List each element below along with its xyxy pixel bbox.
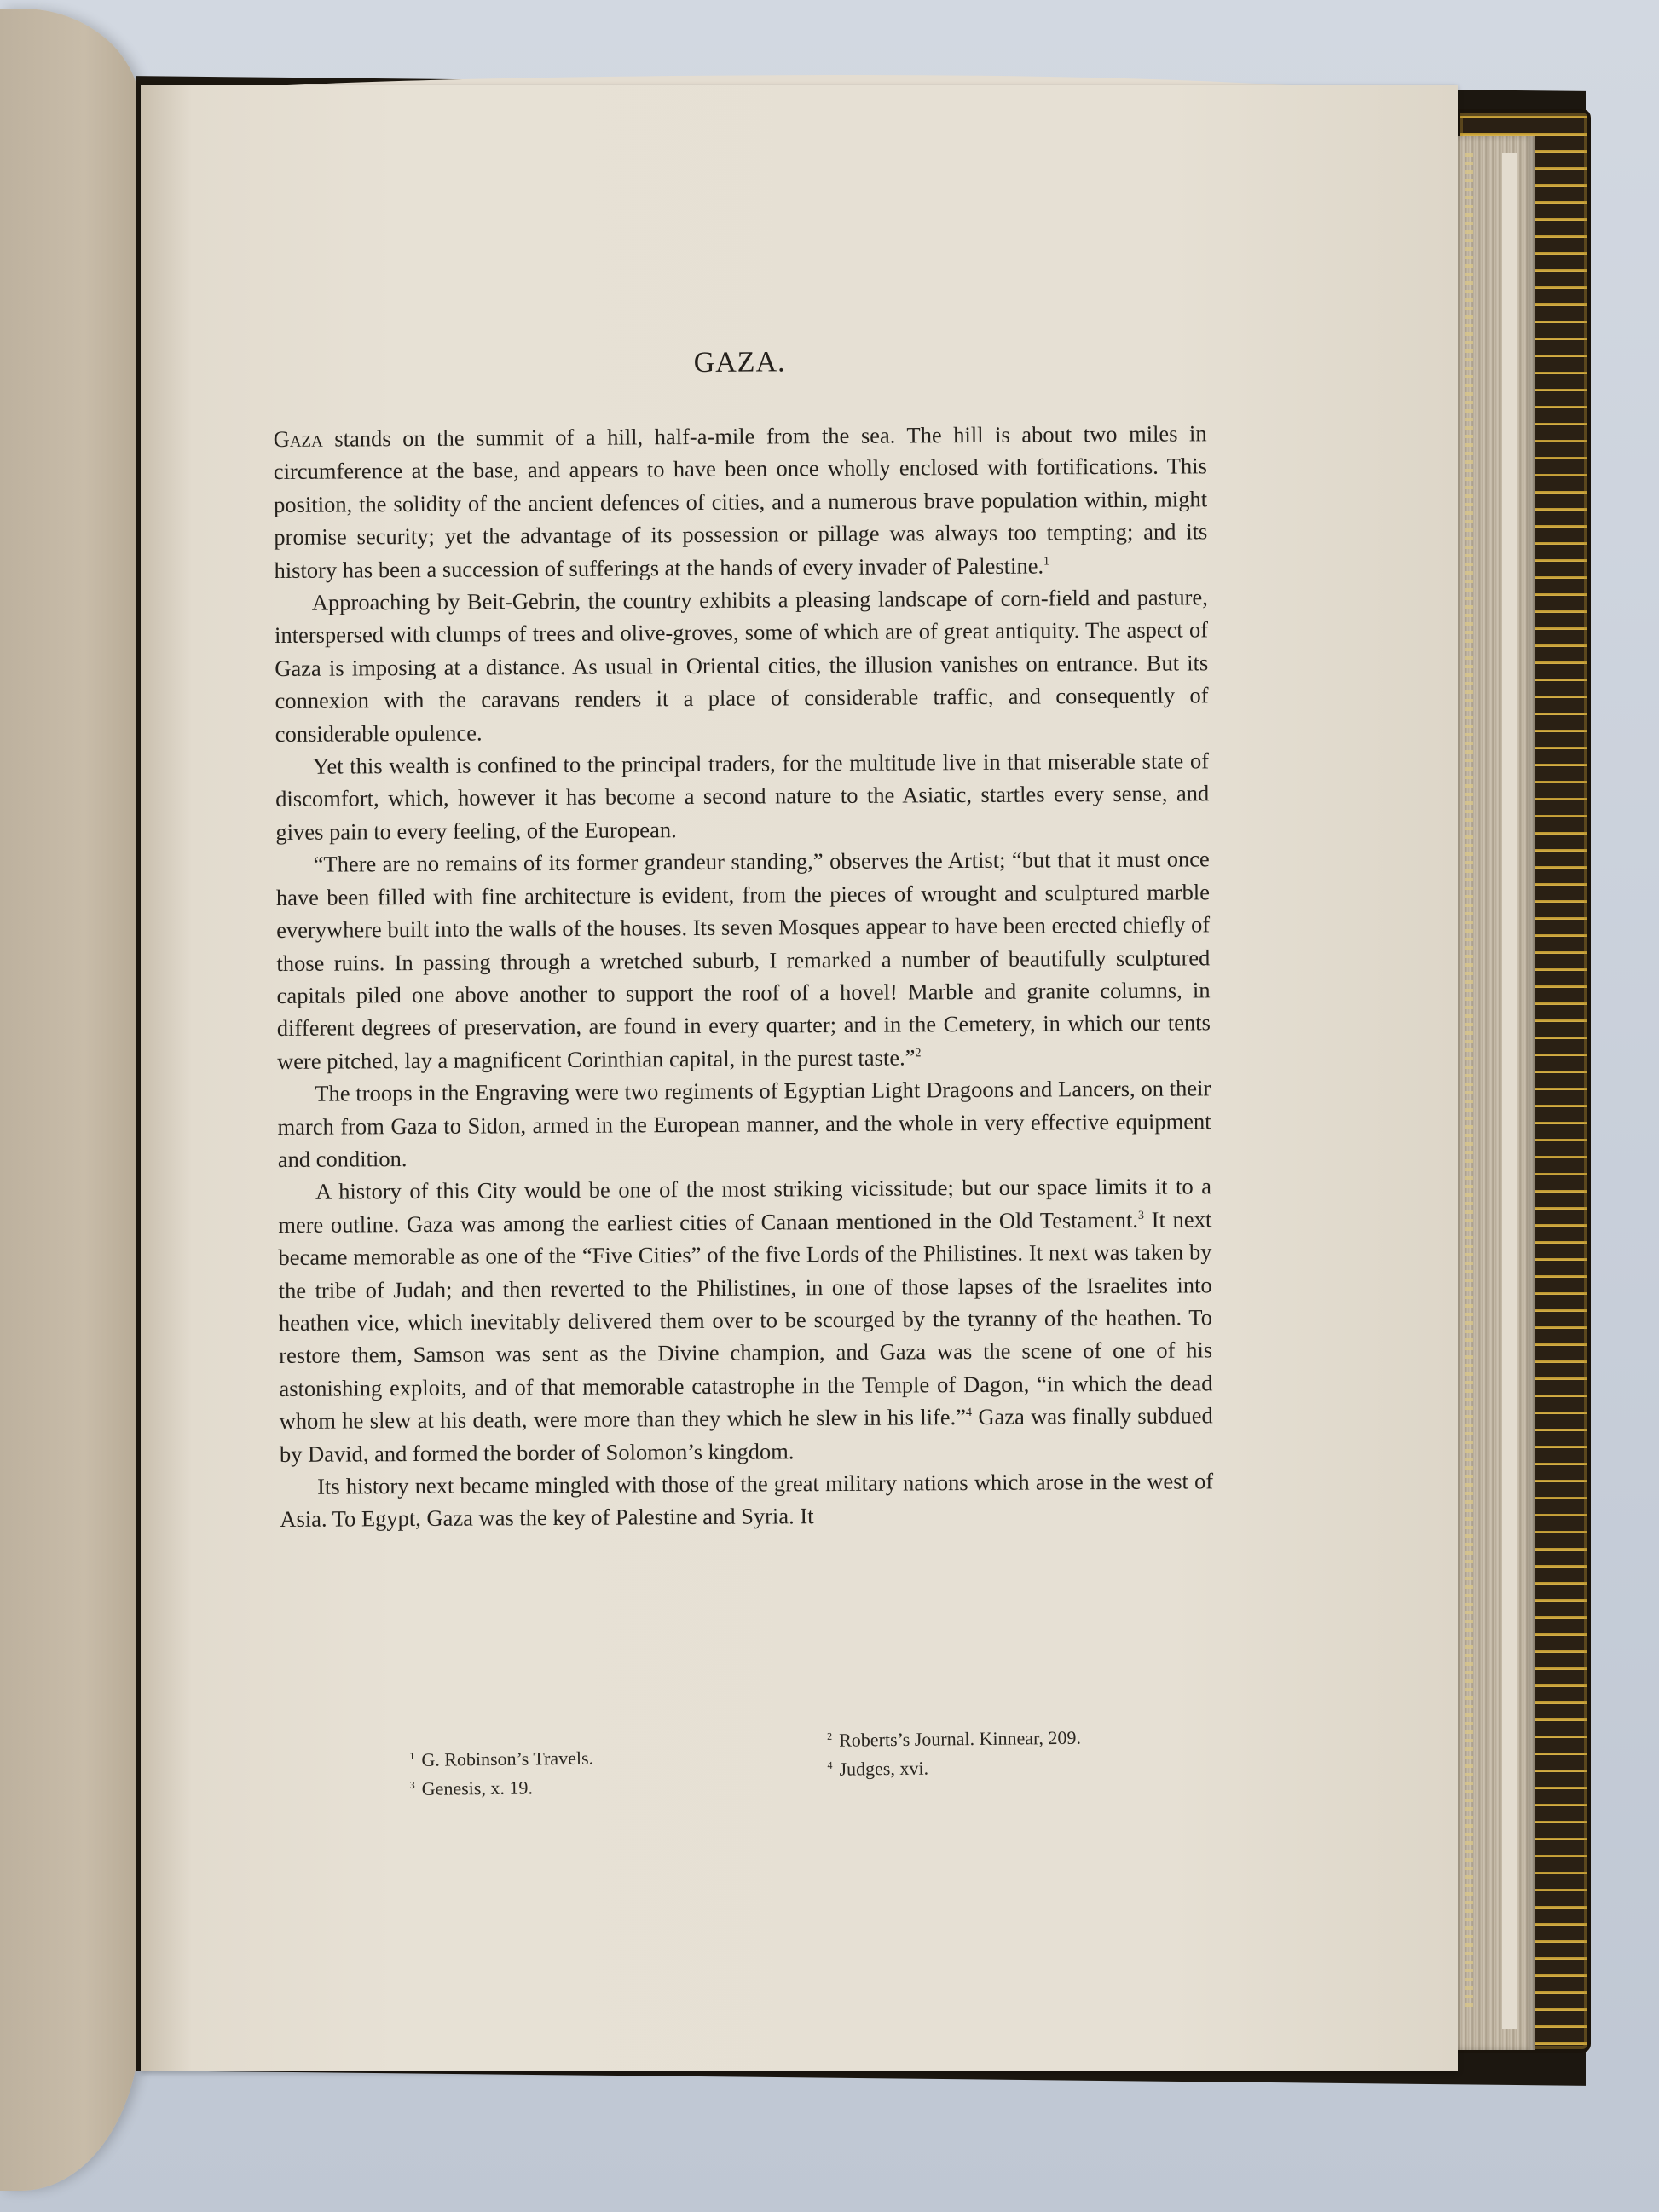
footnote-3: 3Genesis, x. 19. [410, 1773, 594, 1804]
paragraph-3: Yet this wealth is confined to the princ… [275, 744, 1210, 848]
footnote-ref-2[interactable]: 2 [915, 1047, 921, 1060]
paragraph-text: Yet this wealth is confined to the princ… [275, 748, 1209, 844]
footnote-ref-1[interactable]: 1 [1043, 555, 1049, 568]
footnote-number: 4 [827, 1759, 832, 1771]
paragraph-text: Approaching by Beit-Gebrin, the country … [275, 584, 1209, 746]
footnotes-left-column: 1G. Robinson’s Travels. 3Genesis, x. 19. [409, 1744, 593, 1804]
lead-word: Gaza [274, 426, 323, 452]
paragraph-text: “There are no remains of its former gran… [276, 846, 1211, 1074]
footnote-1: 1G. Robinson’s Travels. [409, 1744, 593, 1775]
paragraph-4-artist-quote: “There are no remains of its former gran… [276, 843, 1211, 1078]
paragraph-7: Its history next became mingled with tho… [280, 1464, 1213, 1536]
paragraph-text: stands on the summit of a hill, half-a-m… [274, 420, 1208, 582]
paragraph-text: The troops in the Engraving were two reg… [277, 1075, 1211, 1171]
footnote-4: 4Judges, xvi. [827, 1753, 1081, 1784]
footnote-2: 2Roberts’s Journal. Kinnear, 209. [827, 1724, 1081, 1755]
footnote-number: 3 [410, 1779, 415, 1791]
paragraph-text: A history of this City would be one of t… [278, 1174, 1211, 1238]
paragraph-text: It next became memorable as one of the “… [278, 1206, 1212, 1434]
footnote-text: G. Robinson’s Travels. [421, 1747, 593, 1770]
page-edge-highlight [1502, 153, 1517, 2029]
left-facing-page-edge [0, 9, 141, 2191]
footnote-text: Genesis, x. 19. [422, 1776, 533, 1799]
paragraph-6: A history of this City would be one of t… [278, 1170, 1213, 1470]
footnote-number: 2 [827, 1730, 832, 1742]
paragraph-5: The troops in the Engraving were two reg… [277, 1071, 1211, 1175]
paragraph-1: Gaza stands on the summit of a hill, hal… [274, 417, 1208, 586]
page-content: GAZA. Gaza stands on the summit of a hil… [273, 344, 1213, 1535]
page-title: GAZA. [273, 344, 1206, 382]
footnotes-right-column: 2Roberts’s Journal. Kinnear, 209. 4Judge… [827, 1724, 1082, 1784]
footnote-text: Roberts’s Journal. Kinnear, 209. [839, 1727, 1081, 1751]
footnote-text: Judges, xvi. [839, 1758, 928, 1780]
paragraph-2: Approaching by Beit-Gebrin, the country … [275, 580, 1209, 750]
footnote-number: 1 [409, 1750, 414, 1762]
gilt-dot-border [1465, 153, 1473, 2012]
paragraph-text: Its history next became mingled with tho… [280, 1468, 1213, 1532]
